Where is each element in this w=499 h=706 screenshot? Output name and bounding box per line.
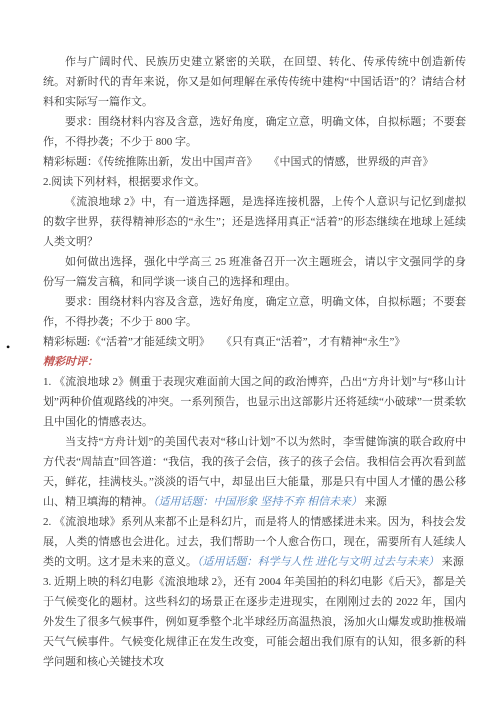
- task-2-heading: 2.阅读下列材料，根据要求作文。: [43, 172, 466, 192]
- requirements-1: 要求：围绕材料内容及含意，选好角度，确定立意，明确文体，自拟标题；不要套作，不得…: [43, 112, 466, 152]
- highlight-titles-2: 精彩标题:《“活着”才能延续文明》 《只有真正“活着”，才有精神“永生”》: [43, 332, 466, 352]
- commentary-item-2: 2. 《流浪地球》系列从来都不止是科幻片，而是将人的情感揉进未来。因为，科技会发…: [43, 512, 466, 572]
- commentary-item-3: 3. 近期上映的科幻电影《流浪地球 2》，还有 2004 年美国拍的科幻电影《后…: [43, 572, 466, 672]
- task-2-material: 《流浪地球 2》中，有一道选择题，是选择连接机器，上传个人意识与记忆到虚拟的数字…: [43, 192, 466, 252]
- text-run: 3. 近期上映的科幻电影《流浪地球 2》，还有 2004 年美国拍的科幻电影《后…: [43, 576, 466, 668]
- list-bullet: •: [6, 337, 10, 357]
- document-page: • 作与广阔时代、民族历史建立紧密的关联，在回望、转化、传承传统中创造新传统。对…: [0, 0, 499, 706]
- text-run: 要求：围绕材料内容及含意，选好角度，确定立意，明确文体，自拟标题；不要套作，不得…: [43, 116, 466, 148]
- text-run: 精彩标题：《传统推陈出新，发出中国声音》 《中国式的情感，世界级的声音》: [43, 156, 434, 168]
- commentary-item-1-continued: 当支持“方舟计划”的美国代表对“移山计划”不以为然时，李雪健饰演的联合政府中方代…: [43, 432, 466, 512]
- topic-tag: （适用话题：科学与人性 进化与文明 过去与未来）: [197, 556, 439, 568]
- document-text-block: 作与广阔时代、民族历史建立紧密的关联，在回望、转化、传承传统中创造新传统。对新时…: [43, 52, 466, 672]
- text-run: 如何做出选择，强化中学高三 25 班准备召开一次主题班会，请以宇文强同学的身份写…: [43, 256, 466, 288]
- text-run: 作与广阔时代、民族历史建立紧密的关联，在回望、转化、传承传统中创造新传统。对新时…: [43, 56, 466, 108]
- commentary-item-1: 1. 《流浪地球 2》侧重于表现灾难面前大国之间的政治博弈，凸出“方舟计划”与“…: [43, 372, 466, 432]
- topic-tag: （适用话题：中国形象 坚持不弃 相信未来）: [153, 496, 362, 508]
- text-run: 精彩标题:《“活着”才能延续文明》 《只有真正“活着”，才有精神“永生”》: [43, 336, 405, 348]
- task-2-instruction: 如何做出选择，强化中学高三 25 班准备召开一次主题班会，请以宇文强同学的身份写…: [43, 252, 466, 292]
- text-run: 2.阅读下列材料，根据要求作文。: [43, 176, 205, 188]
- section-label: 精彩时评：: [43, 356, 98, 368]
- text-run: 来源: [362, 496, 387, 508]
- commentary-heading: 精彩时评：: [43, 352, 466, 372]
- text-run: 1. 《流浪地球 2》侧重于表现灾难面前大国之间的政治博弈，凸出“方舟计划”与“…: [43, 376, 466, 428]
- requirements-2: 要求：围绕材料内容及含意，选好角度，确定立意，明确文体，自拟标题；不要套作，不得…: [43, 292, 466, 332]
- text-run: 来源: [439, 556, 464, 568]
- text-run: 要求：围绕材料内容及含意，选好角度，确定立意，明确文体，自拟标题；不要套作，不得…: [43, 296, 466, 328]
- essay-prompt-1-tail: 作与广阔时代、民族历史建立紧密的关联，在回望、转化、传承传统中创造新传统。对新时…: [43, 52, 466, 112]
- text-run: 《流浪地球 2》中，有一道选择题，是选择连接机器，上传个人意识与记忆到虚拟的数字…: [43, 196, 466, 248]
- highlight-titles-1: 精彩标题：《传统推陈出新，发出中国声音》 《中国式的情感，世界级的声音》: [43, 152, 466, 172]
